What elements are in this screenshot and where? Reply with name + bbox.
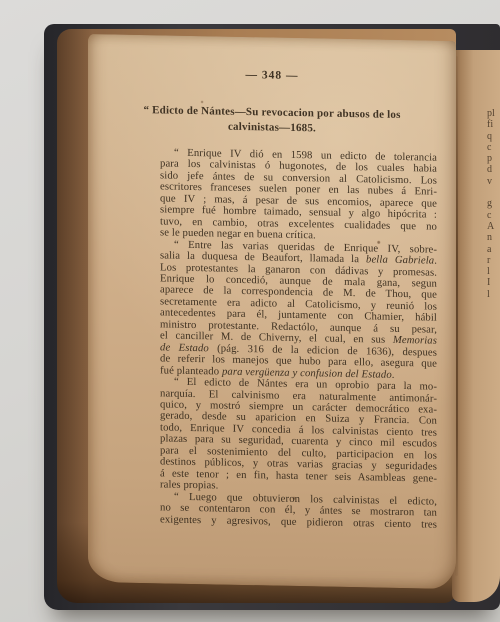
text-segment: . bbox=[434, 255, 437, 267]
facing-page-line-start: n bbox=[487, 232, 500, 243]
facing-page-line-start bbox=[487, 187, 500, 198]
facing-page-line-start: l bbox=[487, 289, 500, 300]
facing-page-line-start: c bbox=[487, 210, 500, 221]
photo-background: plfiqcpdvgcAnarlIl — 348 — “ Edicto de N… bbox=[0, 0, 500, 622]
facing-page: plfiqcpdvgcAnarlIl bbox=[452, 50, 500, 602]
book-page: — 348 — “ Edicto de Nántes—Su revocacion… bbox=[88, 34, 456, 589]
facing-page-line-start: v bbox=[487, 176, 500, 187]
paragraph: “ Entre las varias queridas de Enrique I… bbox=[160, 239, 437, 382]
facing-page-line-start: l bbox=[487, 266, 500, 277]
facing-page-line-start: g bbox=[487, 198, 500, 209]
facing-page-line-start: fi bbox=[487, 119, 500, 130]
facing-page-line-start: r bbox=[487, 255, 500, 266]
facing-page-line-start: p bbox=[487, 153, 500, 164]
facing-page-line-start: pl bbox=[487, 108, 500, 119]
facing-page-line-start: d bbox=[487, 164, 500, 175]
text-segment: . bbox=[392, 368, 395, 380]
paragraph: “ Luego que obtuvieron los calvinistas e… bbox=[160, 491, 437, 531]
facing-page-line-start: A bbox=[487, 221, 500, 232]
facing-page-line-start: a bbox=[487, 244, 500, 255]
facing-page-line-start: I bbox=[487, 277, 500, 288]
paragraph: “ El edicto de Nántes era un oprobio par… bbox=[160, 376, 437, 496]
page-body: “ Enrique IV dió en 1598 un edicto de to… bbox=[160, 147, 437, 530]
facing-page-line-start: c bbox=[487, 142, 500, 153]
facing-page-text-edge: plfiqcpdvgcAnarlIl bbox=[487, 108, 500, 300]
section-heading: “ Edicto de Nántes—Su revocacion por abu… bbox=[124, 103, 420, 138]
page-number: — 348 — bbox=[88, 66, 456, 85]
facing-page-line-start: q bbox=[487, 131, 500, 142]
paragraph: “ Enrique IV dió en 1598 un edicto de to… bbox=[160, 147, 437, 244]
